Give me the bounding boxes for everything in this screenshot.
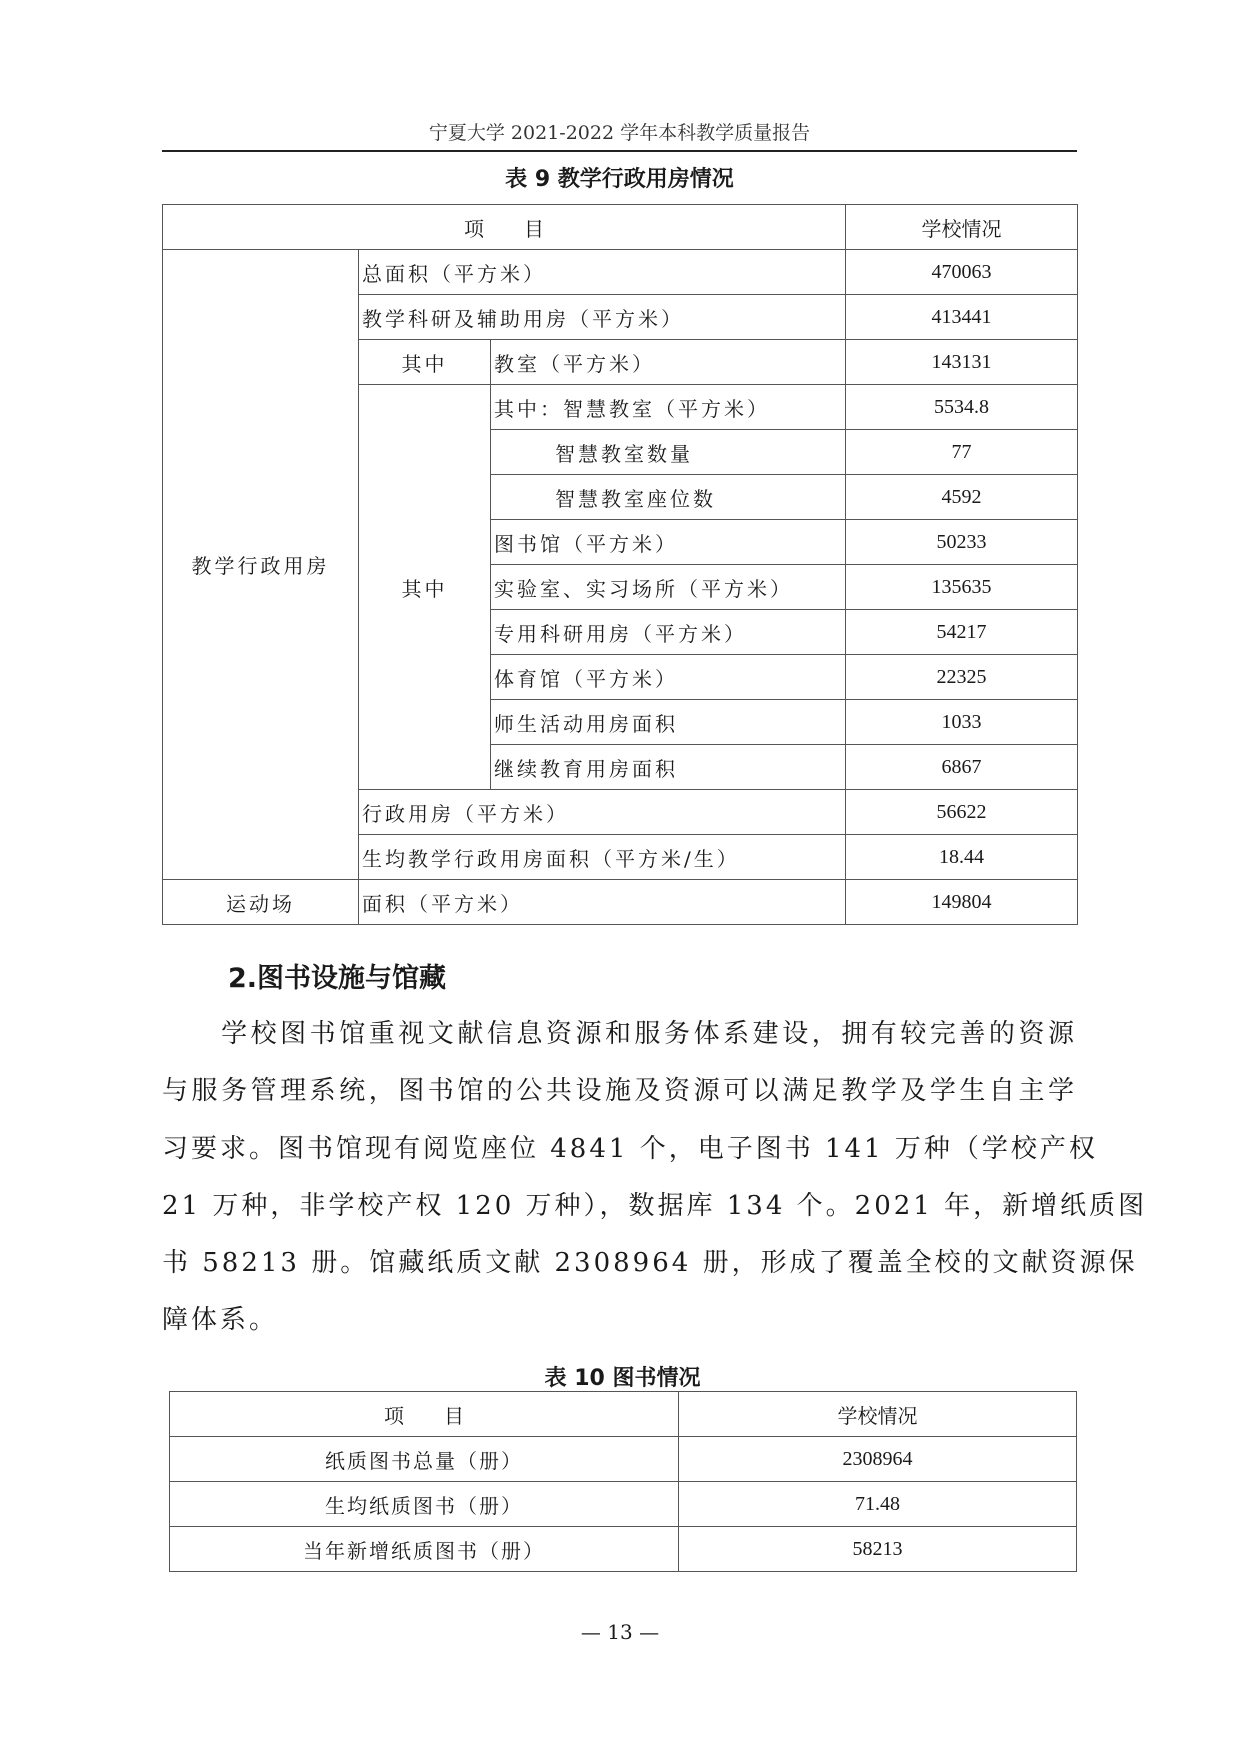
row-value: 470063 xyxy=(846,250,1078,295)
table-row: 当年新增纸质图书（册） 58213 xyxy=(170,1527,1077,1572)
group-main-label: 教学行政用房 xyxy=(163,250,359,880)
table-header-row: 项 目 学校情况 xyxy=(170,1392,1077,1437)
paragraph-line: 习要求。图书馆现有阅览座位 4841 个，电子图书 141 万种（学校产权 xyxy=(162,1121,1077,1178)
paragraph-line: 书 58213 册。馆藏纸质文献 2308964 册，形成了覆盖全校的文献资源保 xyxy=(162,1235,1077,1292)
row-label: 行政用房（平方米） xyxy=(359,790,846,835)
row-value: 143131 xyxy=(846,340,1078,385)
section-heading: 2.图书设施与馆藏 xyxy=(228,956,446,995)
running-header: 宁夏大学 2021-2022 学年本科教学质量报告 xyxy=(162,118,1077,145)
sub-label: 其中 xyxy=(359,385,491,790)
row-value: 18.44 xyxy=(846,835,1078,880)
row-label: 教学科研及辅助用房（平方米） xyxy=(359,295,846,340)
row-value: 4592 xyxy=(846,475,1078,520)
row-label: 其中：智慧教室（平方米） xyxy=(491,385,846,430)
row-label: 纸质图书总量（册） xyxy=(170,1437,679,1482)
row-label: 教室（平方米） xyxy=(491,340,846,385)
table10-title: 表 10 图书情况 xyxy=(169,1361,1076,1392)
row-label: 面积（平方米） xyxy=(359,880,846,925)
header-item: 项 目 xyxy=(170,1392,679,1437)
header-value: 学校情况 xyxy=(846,205,1078,250)
row-label: 体育馆（平方米） xyxy=(491,655,846,700)
row-value: 56622 xyxy=(846,790,1078,835)
row-value: 149804 xyxy=(846,880,1078,925)
group-sports-label: 运动场 xyxy=(163,880,359,925)
row-value: 22325 xyxy=(846,655,1078,700)
row-value: 54217 xyxy=(846,610,1078,655)
row-label: 生均纸质图书（册） xyxy=(170,1482,679,1527)
sub-label: 其中 xyxy=(359,340,491,385)
paragraph-line: 与服务管理系统，图书馆的公共设施及资源可以满足教学及学生自主学 xyxy=(162,1063,1077,1120)
header-item: 项 目 xyxy=(163,205,846,250)
table-row: 教学行政用房 总面积（平方米） 470063 xyxy=(163,250,1078,295)
row-value: 58213 xyxy=(679,1527,1077,1572)
row-value: 5534.8 xyxy=(846,385,1078,430)
row-label: 当年新增纸质图书（册） xyxy=(170,1527,679,1572)
paragraph-line: 学校图书馆重视文献信息资源和服务体系建设，拥有较完善的资源 xyxy=(162,1006,1077,1063)
row-value: 2308964 xyxy=(679,1437,1077,1482)
paragraph-line: 障体系。 xyxy=(162,1292,1077,1349)
table9: 项 目 学校情况 教学行政用房 总面积（平方米） 470063 教学科研及辅助用… xyxy=(162,204,1078,925)
table-header-row: 项 目 学校情况 xyxy=(163,205,1078,250)
row-value: 77 xyxy=(846,430,1078,475)
row-value: 50233 xyxy=(846,520,1078,565)
row-label: 师生活动用房面积 xyxy=(491,700,846,745)
row-label: 智慧教室座位数 xyxy=(491,475,846,520)
table-row: 纸质图书总量（册） 2308964 xyxy=(170,1437,1077,1482)
row-label: 生均教学行政用房面积（平方米/生） xyxy=(359,835,846,880)
table-row: 运动场 面积（平方米） 149804 xyxy=(163,880,1078,925)
page-number: — 13 — xyxy=(0,1620,1240,1644)
row-value: 413441 xyxy=(846,295,1078,340)
table-row: 生均纸质图书（册） 71.48 xyxy=(170,1482,1077,1527)
row-label: 专用科研用房（平方米） xyxy=(491,610,846,655)
row-value: 6867 xyxy=(846,745,1078,790)
paragraph-line: 21 万种，非学校产权 120 万种），数据库 134 个。2021 年，新增纸… xyxy=(162,1178,1077,1235)
row-label: 图书馆（平方米） xyxy=(491,520,846,565)
row-label: 智慧教室数量 xyxy=(491,430,846,475)
row-value: 71.48 xyxy=(679,1482,1077,1527)
row-label: 继续教育用房面积 xyxy=(491,745,846,790)
row-value: 1033 xyxy=(846,700,1078,745)
header-value: 学校情况 xyxy=(679,1392,1077,1437)
row-value: 135635 xyxy=(846,565,1078,610)
row-label: 总面积（平方米） xyxy=(359,250,846,295)
body-paragraph: 学校图书馆重视文献信息资源和服务体系建设，拥有较完善的资源 与服务管理系统，图书… xyxy=(162,1006,1077,1350)
table9-title: 表 9 教学行政用房情况 xyxy=(162,162,1077,193)
header-rule xyxy=(162,150,1077,152)
row-label: 实验室、实习场所（平方米） xyxy=(491,565,846,610)
table10: 项 目 学校情况 纸质图书总量（册） 2308964 生均纸质图书（册） 71.… xyxy=(169,1391,1077,1572)
